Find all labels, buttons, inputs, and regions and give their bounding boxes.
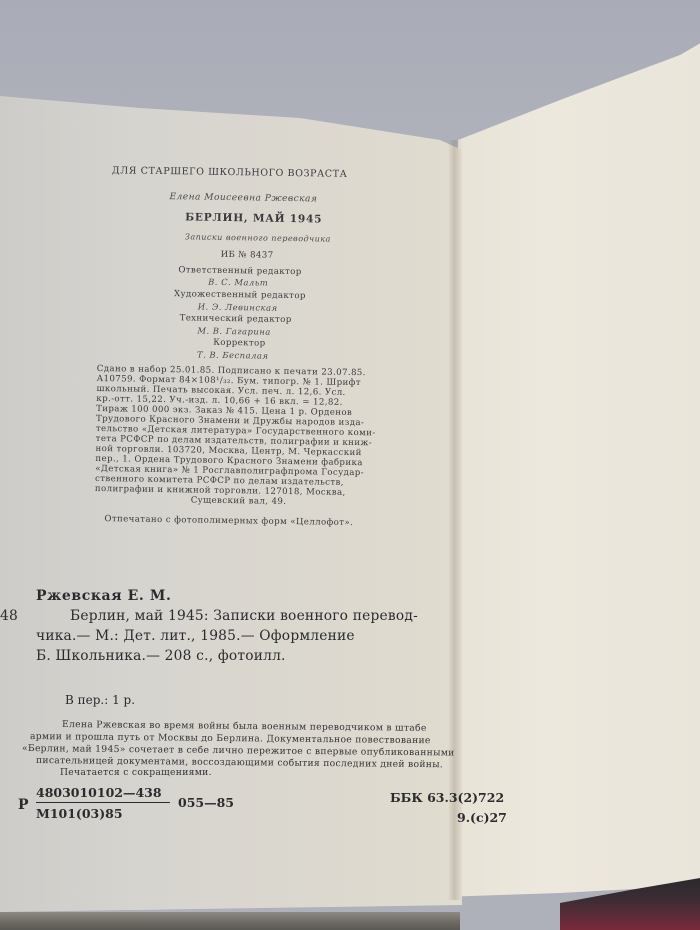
card-author: Ржевская Е. М. bbox=[36, 588, 171, 604]
annotation-line: Печатается с сокращениями. bbox=[60, 767, 212, 778]
code-denominator: М101(03)85 bbox=[36, 806, 123, 821]
book-title: БЕРЛИН, МАЙ 1945 bbox=[185, 211, 322, 225]
card-description-line: Берлин, май 1945: Записки военного перев… bbox=[70, 608, 418, 624]
ib-number: ИБ № 8437 bbox=[221, 250, 274, 261]
card-index: 48 bbox=[0, 608, 18, 624]
staff-name: И. Э. Левинская bbox=[198, 302, 278, 313]
staff-role: Технический редактор bbox=[180, 313, 292, 325]
bbk-code: ББК 63.3(2)722 bbox=[390, 790, 504, 805]
bbk-subcode: 9.(с)27 bbox=[457, 810, 507, 825]
production-line: Сущевский вал, 49. bbox=[191, 495, 287, 507]
staff-name: Т. В. Беспалая bbox=[197, 350, 269, 361]
card-description-line: Б. Школьника.— 208 с., фотоилл. bbox=[36, 648, 286, 664]
staff-role: Корректор bbox=[213, 338, 265, 349]
staff-role: Художественный редактор bbox=[174, 289, 306, 301]
page-edge-bottom bbox=[0, 912, 460, 930]
code-prefix: Р bbox=[18, 797, 29, 813]
code-suffix: 055—85 bbox=[178, 795, 234, 810]
card-price: В пер.: 1 р. bbox=[65, 693, 135, 707]
staff-name: В. С. Мальт bbox=[208, 277, 268, 288]
book-gutter bbox=[448, 140, 462, 900]
card-description-line: чика.— М.: Дет. лит., 1985.— Оформление bbox=[36, 628, 355, 644]
fraction-line bbox=[36, 802, 170, 803]
staff-role: Ответственный редактор bbox=[178, 265, 301, 277]
code-numerator: 4803010102—438 bbox=[36, 785, 162, 800]
staff-name: М. В. Гагарина bbox=[197, 326, 271, 337]
